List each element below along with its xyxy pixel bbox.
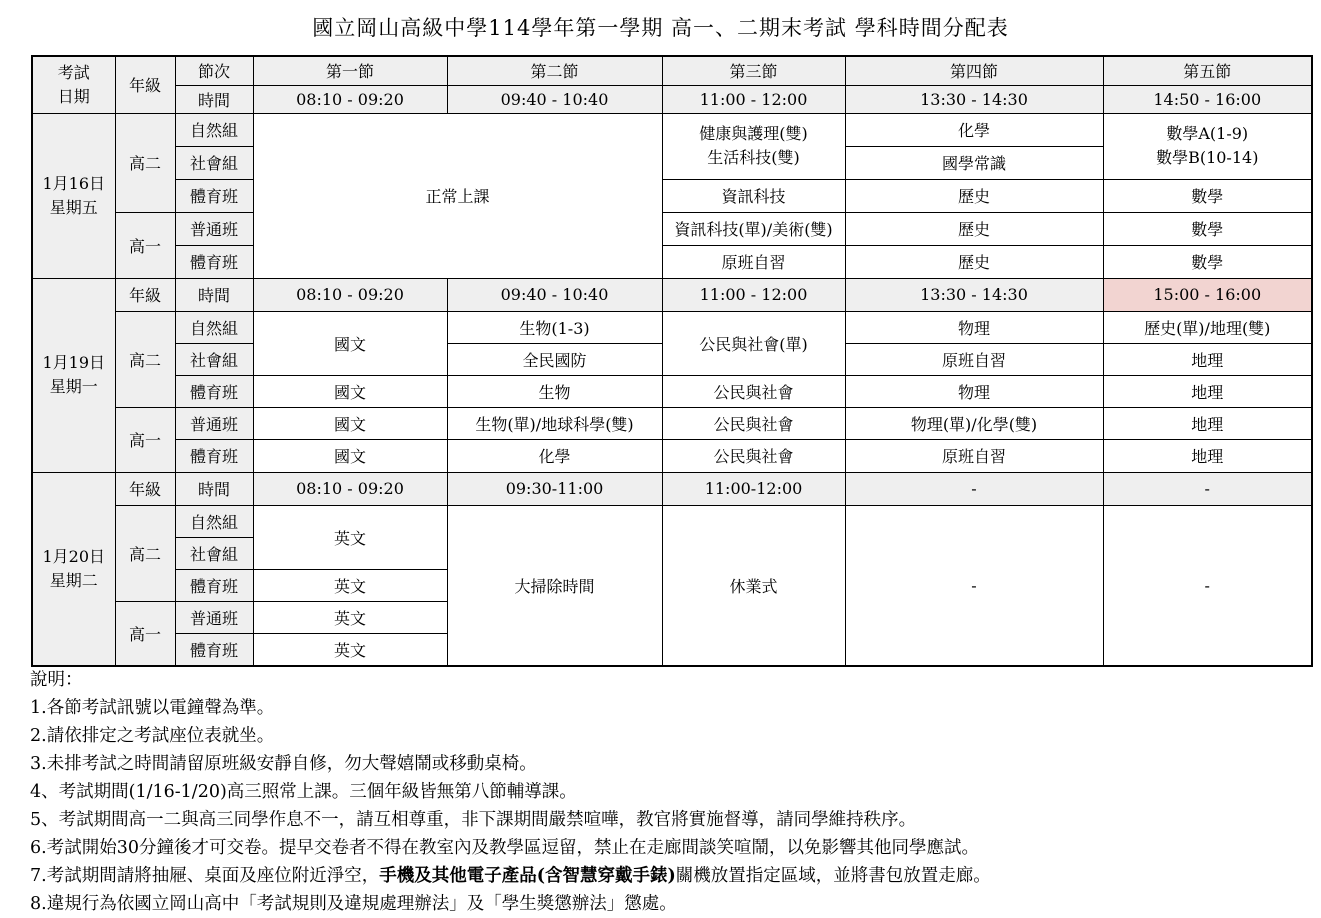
group-cell: 體育班: [175, 375, 253, 407]
time-cell: -: [845, 472, 1103, 505]
group-cell: 普通班: [175, 601, 253, 633]
subject-cell: 公民與社會(單): [662, 311, 845, 375]
period-cell: 第二節: [447, 56, 662, 85]
header-row-times: 時間 08:10 - 09:20 09:40 - 10:40 11:00 - 1…: [32, 85, 1312, 113]
subject-cell: 全民國防: [447, 343, 662, 375]
group-cell: 普通班: [175, 212, 253, 245]
time-cell: 13:30 - 14:30: [845, 278, 1103, 311]
subject-cell: 原班自習: [662, 245, 845, 278]
note-line: 7.考試期間請將抽屜、桌面及座位附近淨空，手機及其他電子產品(含智慧穿戴手錶)關…: [30, 862, 1300, 890]
time-cell: 09:40 - 10:40: [447, 278, 662, 311]
grade-header-cell: 年級: [115, 56, 175, 113]
table-row: 高一 普通班 國文 生物(單)/地球科學(雙) 公民與社會 物理(單)/化學(雙…: [32, 407, 1312, 439]
group-cell: 體育班: [175, 633, 253, 666]
note-line: 6.考試開始30分鐘後才可交卷。提早交卷者不得在教室內及教學區逗留，禁止在走廊間…: [30, 834, 1300, 862]
subject-cell: 歷史(單)/地理(雙): [1103, 311, 1312, 343]
exam-date-cell: 1月19日 星期一: [32, 278, 115, 472]
grade-cell: 高一: [115, 212, 175, 278]
period-cell: 第三節: [662, 56, 845, 85]
subject-cell: 歷史: [845, 212, 1103, 245]
table-row: 體育班 資訊科技 歷史 數學: [32, 179, 1312, 212]
subject-cell: 生物(單)/地球科學(雙): [447, 407, 662, 439]
note-text: 7.考試期間請將抽屜、桌面及座位附近淨空，: [30, 866, 379, 886]
header-row-periods: 考試 日期 年級 節次 第一節 第二節 第三節 第四節 第五節: [32, 56, 1312, 85]
period-cell: 第四節: [845, 56, 1103, 85]
subject-cell: 物理(單)/化學(雙): [845, 407, 1103, 439]
period-cell: 第五節: [1103, 56, 1312, 85]
time-cell: 09:40 - 10:40: [447, 85, 662, 113]
time-cell: 08:10 - 09:20: [253, 85, 447, 113]
time-label-cell: 時間: [175, 85, 253, 113]
group-cell: 自然組: [175, 113, 253, 146]
subject-cell: 國學常識: [845, 146, 1103, 179]
subject-cell: 大掃除時間: [447, 505, 662, 666]
table-row: 1月16日 星期五 高二 自然組 正常上課 健康與護理(雙) 生活科技(雙) 化…: [32, 113, 1312, 146]
note-line: 8.違規行為依國立岡山高中「考試規則及違規處理辦法」及「學生獎懲辦法」懲處。: [30, 890, 1300, 918]
notes-heading: 說明：: [30, 666, 1300, 694]
subject-cell: 國文: [253, 311, 447, 375]
subject-cell: 英文: [253, 505, 447, 569]
grade-cell: 高二: [115, 505, 175, 601]
group-cell: 社會組: [175, 146, 253, 179]
group-cell: 社會組: [175, 537, 253, 569]
subject-cell: 生物(1-3): [447, 311, 662, 343]
subject-cell: 數學: [1103, 179, 1312, 212]
note-text: 關機放置指定區域，並將書包放置走廊。: [676, 866, 991, 886]
subject-cell: 數學: [1103, 245, 1312, 278]
subject-cell: 生物: [447, 375, 662, 407]
subject-cell: 英文: [253, 569, 447, 601]
subject-cell: 數學: [1103, 212, 1312, 245]
group-cell: 體育班: [175, 439, 253, 472]
table-row: 體育班 原班自習 歷史 數學: [32, 245, 1312, 278]
subject-cell: 歷史: [845, 179, 1103, 212]
time-cell: 08:10 - 09:20: [253, 472, 447, 505]
subject-cell: 地理: [1103, 343, 1312, 375]
subject-cell: 原班自習: [845, 343, 1103, 375]
time-label-cell: 時間: [175, 278, 253, 311]
time-cell: 11:00 - 12:00: [662, 85, 845, 113]
subject-cell: 原班自習: [845, 439, 1103, 472]
table-row: 體育班 國文 化學 公民與社會 原班自習 地理: [32, 439, 1312, 472]
subject-cell: 國文: [253, 407, 447, 439]
time-cell: 08:10 - 09:20: [253, 278, 447, 311]
time-cell: 14:50 - 16:00: [1103, 85, 1312, 113]
time-cell: 09:30-11:00: [447, 472, 662, 505]
subject-cell: 資訊科技: [662, 179, 845, 212]
group-cell: 自然組: [175, 505, 253, 537]
group-cell: 體育班: [175, 245, 253, 278]
subject-cell: 地理: [1103, 407, 1312, 439]
subject-cell: 公民與社會: [662, 439, 845, 472]
subject-cell: 公民與社會: [662, 407, 845, 439]
page-title: 國立岡山高級中學114學年第一學期 高一、二期末考試 學科時間分配表: [0, 12, 1321, 42]
time-cell: 13:30 - 14:30: [845, 85, 1103, 113]
subject-cell: 地理: [1103, 375, 1312, 407]
group-cell: 社會組: [175, 343, 253, 375]
group-cell: 體育班: [175, 569, 253, 601]
note-line: 5、考試期間高一二與高三同學作息不一，請互相尊重，非下課期間嚴禁喧嘩，教官將實施…: [30, 806, 1300, 834]
exam-date-header-cell: 考試 日期: [32, 56, 115, 113]
note-line: 1.各節考試訊號以電鐘聲為準。: [30, 694, 1300, 722]
subject-cell: 物理: [845, 375, 1103, 407]
table-row: 高一 普通班 資訊科技(單)/美術(雙) 歷史 數學: [32, 212, 1312, 245]
note-bold-text: 手機及其他電子產品(含智慧穿戴手錶): [379, 866, 676, 886]
subject-cell: 公民與社會: [662, 375, 845, 407]
period-cell: 第一節: [253, 56, 447, 85]
table-row: 體育班 國文 生物 公民與社會 物理 地理: [32, 375, 1312, 407]
subject-cell: 國文: [253, 439, 447, 472]
subject-cell: 正常上課: [253, 113, 662, 278]
exam-schedule-table: 考試 日期 年級 節次 第一節 第二節 第三節 第四節 第五節 時間 08:10…: [31, 55, 1313, 667]
group-cell: 普通班: [175, 407, 253, 439]
subject-cell: 化學: [447, 439, 662, 472]
table-row: 高二 自然組 國文 生物(1-3) 公民與社會(單) 物理 歷史(單)/地理(雙…: [32, 311, 1312, 343]
time-cell: 11:00 - 12:00: [662, 278, 845, 311]
group-cell: 自然組: [175, 311, 253, 343]
subject-cell: 休業式: [662, 505, 845, 666]
notes-section: 說明： 1.各節考試訊號以電鐘聲為準。 2.請依排定之考試座位表就坐。 3.未排…: [30, 666, 1300, 918]
grade-cell: 高二: [115, 311, 175, 407]
grade-header-cell: 年級: [115, 472, 175, 505]
exam-date-cell: 1月16日 星期五: [32, 113, 115, 278]
grade-cell: 高一: [115, 407, 175, 472]
table-row: 高二 自然組 英文 大掃除時間 休業式 - -: [32, 505, 1312, 537]
exam-date-cell: 1月20日 星期二: [32, 472, 115, 666]
subject-cell: 地理: [1103, 439, 1312, 472]
highlighted-time-cell: 15:00 - 16:00: [1103, 278, 1312, 311]
note-line: 4、考試期間(1/16-1/20)高三照常上課。三個年級皆無第八節輔導課。: [30, 778, 1300, 806]
subheader-row: 1月20日 星期二 年級 時間 08:10 - 09:20 09:30-11:0…: [32, 472, 1312, 505]
grade-cell: 高一: [115, 601, 175, 666]
subject-cell: 國文: [253, 375, 447, 407]
grade-header-cell: 年級: [115, 278, 175, 311]
subheader-row: 1月19日 星期一 年級 時間 08:10 - 09:20 09:40 - 10…: [32, 278, 1312, 311]
subject-cell: -: [845, 505, 1103, 666]
time-label-cell: 時間: [175, 472, 253, 505]
grade-cell: 高二: [115, 113, 175, 212]
subject-cell: -: [1103, 505, 1312, 666]
time-cell: -: [1103, 472, 1312, 505]
subject-cell: 英文: [253, 601, 447, 633]
period-label-cell: 節次: [175, 56, 253, 85]
subject-cell: 歷史: [845, 245, 1103, 278]
subject-cell: 健康與護理(雙) 生活科技(雙): [662, 113, 845, 179]
time-cell: 11:00-12:00: [662, 472, 845, 505]
note-line: 2.請依排定之考試座位表就坐。: [30, 722, 1300, 750]
exam-schedule-page: 國立岡山高級中學114學年第一學期 高一、二期末考試 學科時間分配表 考試 日期…: [0, 0, 1321, 909]
note-line: 3.未排考試之時間請留原班級安靜自修，勿大聲嬉鬧或移動桌椅。: [30, 750, 1300, 778]
subject-cell: 資訊科技(單)/美術(雙): [662, 212, 845, 245]
group-cell: 體育班: [175, 179, 253, 212]
subject-cell: 英文: [253, 633, 447, 666]
subject-cell: 化學: [845, 113, 1103, 146]
subject-cell: 物理: [845, 311, 1103, 343]
subject-cell: 數學A(1-9) 數學B(10-14): [1103, 113, 1312, 179]
